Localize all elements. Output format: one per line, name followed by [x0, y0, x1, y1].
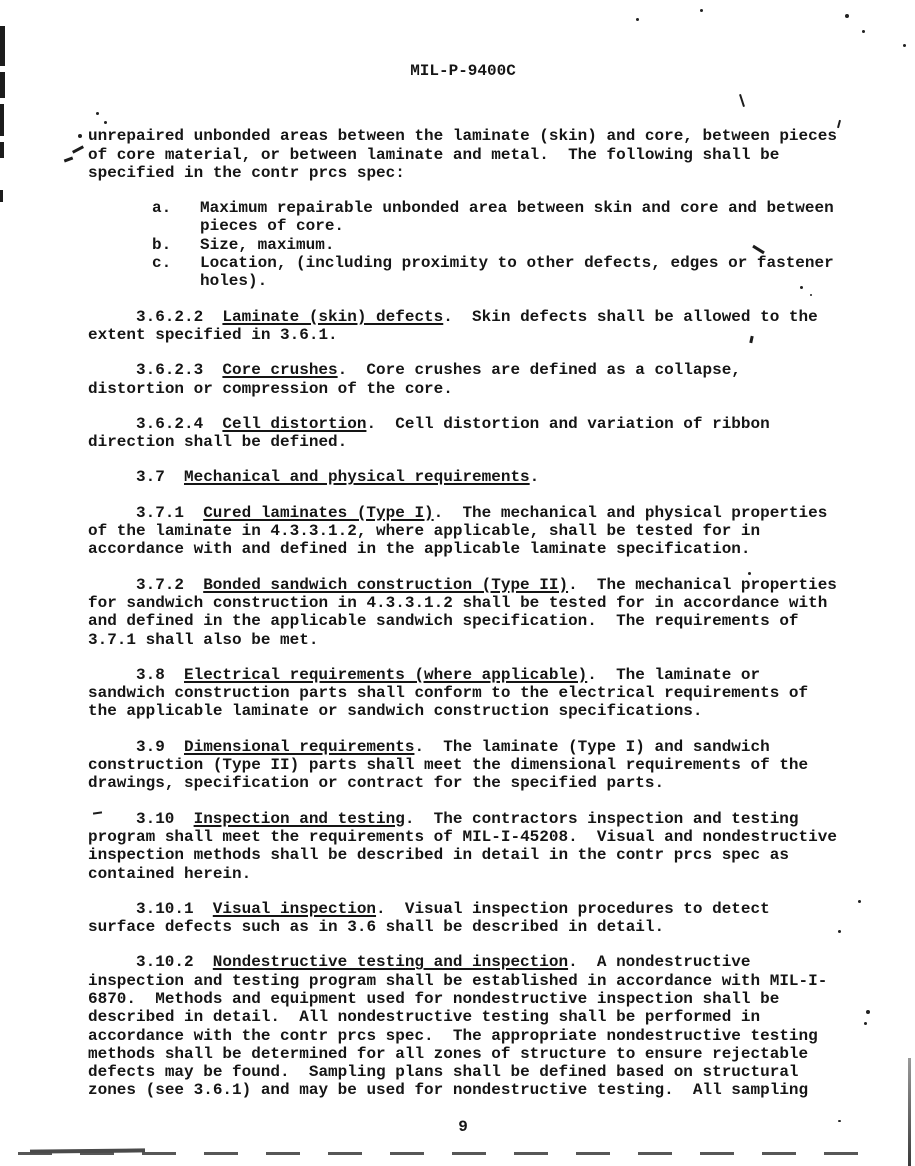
section-3-10: 3.10Inspection and testing. The contract…: [88, 810, 838, 883]
list-marker: b.: [152, 236, 171, 254]
list-item-text: Location, (including proximity to other …: [200, 254, 843, 290]
section-number: 3.7.2: [136, 576, 184, 594]
section-3-10-2: 3.10.2Nondestructive testing and inspect…: [88, 953, 838, 1099]
scan-right-edge-line: [908, 1058, 911, 1166]
scan-edge-bar: [0, 142, 4, 158]
section-3-6-2-3: 3.6.2.3Core crushes. Core crushes are de…: [88, 361, 838, 398]
scan-edge-bar: [0, 26, 5, 66]
scan-speckle: [636, 18, 639, 21]
scan-speckle: [858, 900, 861, 903]
section-heading: Cured laminates (Type I): [203, 504, 433, 522]
list-item-a: a.Maximum repairable unbonded area betwe…: [88, 199, 838, 236]
section-body: . A nondestructive inspection and testin…: [88, 953, 827, 1099]
section-heading: Nondestructive testing and inspection: [213, 953, 568, 971]
scan-speckle: [845, 14, 849, 18]
page-number: 9: [88, 1118, 838, 1136]
scan-speckle: [838, 930, 841, 933]
section-number: 3.10.2: [136, 953, 194, 971]
section-3-7-2: 3.7.2Bonded sandwich construction (Type …: [88, 576, 838, 649]
document-content: MIL-P-9400C unrepaired unbonded areas be…: [88, 0, 838, 1136]
section-3-6-2-2: 3.6.2.2Laminate (skin) defects. Skin def…: [88, 308, 838, 345]
scan-speckle: [810, 294, 812, 296]
list-item-b: b.Size, maximum.: [88, 236, 838, 254]
scan-speckle: [800, 286, 803, 289]
scan-speckle: [96, 112, 99, 115]
scan-mark-slash: [72, 145, 84, 153]
section-heading: Dimensional requirements: [184, 738, 414, 756]
scan-speckle: [748, 572, 751, 575]
scan-speckle: [864, 1022, 867, 1025]
section-body: . The mechanical and physical properties…: [88, 504, 837, 559]
list-item-c: c.Location, (including proximity to othe…: [88, 254, 838, 291]
section-3-9: 3.9Dimensional requirements. The laminat…: [88, 738, 838, 793]
section-3-6-2-4: 3.6.2.4Cell distortion. Cell distortion …: [88, 415, 838, 452]
section-heading: Bonded sandwich construction (Type II): [203, 576, 568, 594]
list-marker: c.: [152, 254, 171, 272]
section-3-7-1: 3.7.1Cured laminates (Type I). The mecha…: [88, 504, 838, 559]
scan-bottom-dashed-line: [18, 1152, 885, 1155]
list-item-text: Size, maximum.: [200, 236, 334, 254]
scan-edge-bar: [0, 190, 3, 202]
scan-edge-bar: [0, 72, 5, 98]
scan-speckle: [838, 1120, 841, 1122]
requirements-list: a.Maximum repairable unbonded area betwe…: [88, 199, 838, 290]
section-number: 3.10: [136, 810, 174, 828]
section-heading: Laminate (skin) defects: [222, 308, 443, 326]
scanned-document-page: MIL-P-9400C unrepaired unbonded areas be…: [0, 0, 915, 1166]
section-number: 3.9: [136, 738, 165, 756]
section-heading: Visual inspection: [213, 900, 376, 918]
list-item-text: Maximum repairable unbonded area between…: [200, 199, 843, 235]
section-3-7: 3.7Mechanical and physical requirements.: [88, 468, 838, 486]
section-heading: Mechanical and physical requirements: [184, 468, 530, 486]
scan-speckle: [862, 30, 865, 33]
scan-speckle: [700, 9, 703, 12]
list-marker: a.: [152, 199, 171, 217]
section-number: 3.10.1: [136, 900, 194, 918]
scan-speckle: [866, 1010, 870, 1014]
section-3-8: 3.8Electrical requirements (where applic…: [88, 666, 838, 721]
section-number: 3.7: [136, 468, 165, 486]
document-id-header: MIL-P-9400C: [88, 0, 838, 80]
scan-speckle: [78, 134, 82, 138]
scan-speckle: [104, 121, 107, 124]
scan-mark-slash: [64, 157, 73, 163]
section-body: .: [530, 468, 540, 486]
section-heading: Cell distortion: [222, 415, 366, 433]
section-heading: Electrical requirements (where applicabl…: [184, 666, 587, 684]
scan-edge-bar: [0, 104, 4, 136]
section-number: 3.6.2.2: [136, 308, 203, 326]
section-number: 3.6.2.3: [136, 361, 203, 379]
section-heading: Inspection and testing: [194, 810, 405, 828]
section-heading: Core crushes: [222, 361, 337, 379]
section-3-10-1: 3.10.1Visual inspection. Visual inspecti…: [88, 900, 838, 937]
section-number: 3.7.1: [136, 504, 184, 522]
scan-speckle: [903, 44, 906, 47]
intro-paragraph: unrepaired unbonded areas between the la…: [88, 127, 838, 182]
section-number: 3.6.2.4: [136, 415, 203, 433]
section-number: 3.8: [136, 666, 165, 684]
